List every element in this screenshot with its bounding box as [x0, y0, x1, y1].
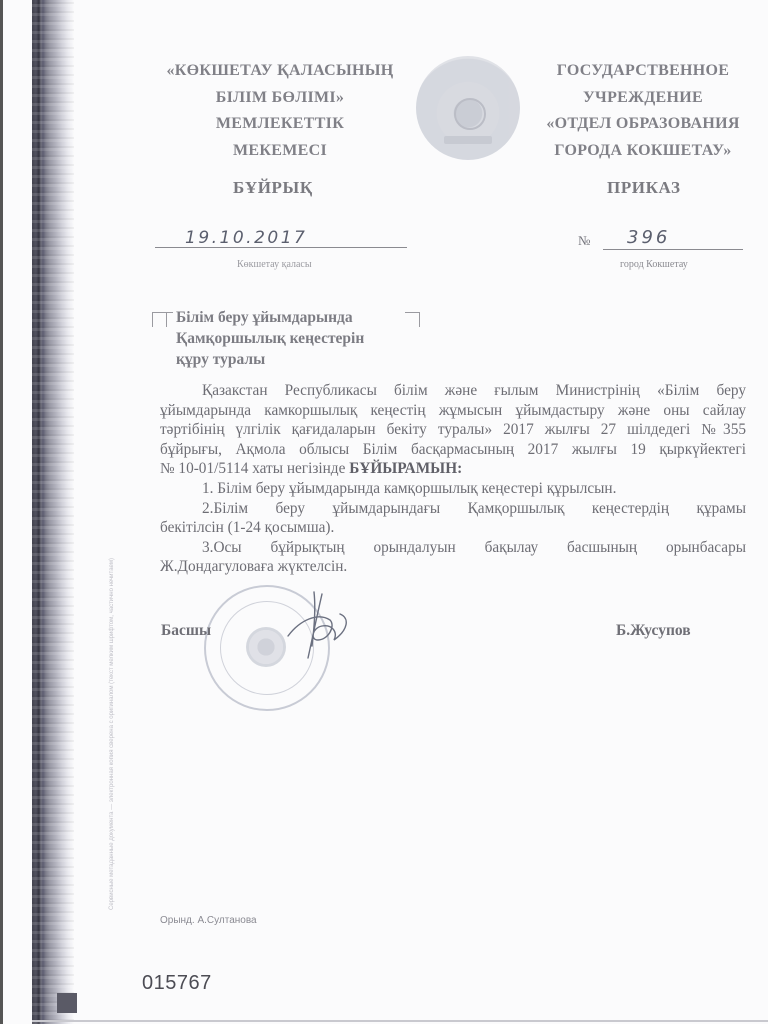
header-left-line: БІЛІМ БӨЛІМІ» — [150, 85, 410, 112]
kazakhstan-emblem-icon — [416, 56, 520, 160]
scan-marker-square — [57, 993, 77, 1013]
preamble-line: тәртібінің үлгілік қағидаларын бекіту ту… — [160, 420, 746, 440]
form-serial-number: 015767 — [142, 972, 212, 995]
preamble-line: ұйымдарында камкоршылық кеңестің жұмысын… — [160, 401, 746, 421]
header-right-line: УЧРЕЖДЕНИЕ — [513, 85, 768, 112]
document-type-kz: БҰЙРЫҚ — [233, 178, 313, 198]
header-right-line: ГОСУДАРСТВЕННОЕ — [513, 58, 768, 85]
signatory-title: Басшы — [161, 622, 211, 640]
city-kz: Көкшетау қаласы — [237, 259, 312, 270]
order-subject: Білім беру ұйымдарында Қамқоршылық кеңес… — [176, 307, 364, 370]
order-item-3-cont: Ж.Дондагуловаға жүктелсін. — [160, 557, 746, 577]
preamble-basis: № 10-01/5114 хаты негізінде — [160, 460, 349, 477]
order-item-2: 2.Білім беру ұйымдарындағы Қамқоршылық к… — [160, 499, 746, 519]
number-underline — [603, 249, 743, 250]
order-number: 396 — [627, 227, 670, 248]
handwritten-signature-icon — [278, 590, 358, 660]
header-left-line: МЕКЕМЕСІ — [150, 138, 410, 165]
decree-word: БҰЙЫРАМЫН: — [349, 460, 462, 477]
header-right-line: «ОТДЕЛ ОБРАЗОВАНИЯ — [513, 111, 768, 138]
subject-line: Білім беру ұйымдарында — [176, 307, 364, 328]
subject-bracket-right — [405, 312, 420, 327]
order-body: Қазакстан Республикасы білім және ғылым … — [160, 381, 746, 577]
number-sign: № — [578, 233, 590, 249]
header-left-institution: «КӨКШЕТАУ ҚАЛАСЫНЫҢ БІЛІМ БӨЛІМІ» МЕМЛЕК… — [150, 58, 410, 164]
subject-bracket-left-inner — [166, 312, 173, 327]
scan-bottom-edge — [32, 1020, 768, 1022]
header-left-line: МЕМЛЕКЕТТІК — [150, 111, 410, 138]
order-item-1: 1. Білім беру ұйымдарында камқоршылық ке… — [160, 479, 746, 499]
preamble-line: бұйрығы, Ақмола облысы Білім басқармасын… — [160, 440, 746, 460]
header-right-institution: ГОСУДАРСТВЕННОЕ УЧРЕЖДЕНИЕ «ОТДЕЛ ОБРАЗО… — [513, 58, 768, 164]
subject-line: құру туралы — [176, 349, 364, 370]
signatory-name: Б.Жусупов — [616, 622, 691, 640]
order-date: 19.10.2017 — [185, 228, 307, 248]
preamble-line: Қазакстан Республикасы білім және ғылым … — [160, 381, 746, 401]
order-item-3: 3.Осы бұйрықтың орындалуын бақылау басшы… — [160, 538, 746, 558]
executor-note: Орынд. А.Султанова — [160, 915, 257, 926]
header-left-line: «КӨКШЕТАУ ҚАЛАСЫНЫҢ — [150, 58, 410, 85]
city-ru: город Кокшетау — [620, 259, 688, 270]
vertical-service-note: Сервисные метаданные документа — электро… — [108, 370, 152, 910]
emblem-center — [454, 98, 486, 130]
header-right-line: ГОРОДА КОКШЕТАУ» — [513, 138, 768, 165]
document-type-ru: ПРИКАЗ — [607, 178, 681, 198]
scan-edge-line — [0, 0, 3, 1024]
emblem-ribbon — [444, 136, 492, 144]
order-item-2-cont: бекітілсін (1-24 қосымша). — [160, 518, 746, 538]
subject-line: Қамқоршылық кеңестерін — [176, 328, 364, 349]
subject-bracket-left — [152, 312, 167, 327]
date-underline — [155, 247, 407, 248]
preamble-line-last: № 10-01/5114 хаты негізінде БҰЙЫРАМЫН: — [160, 459, 746, 479]
scan-artifact-band — [32, 0, 74, 1024]
